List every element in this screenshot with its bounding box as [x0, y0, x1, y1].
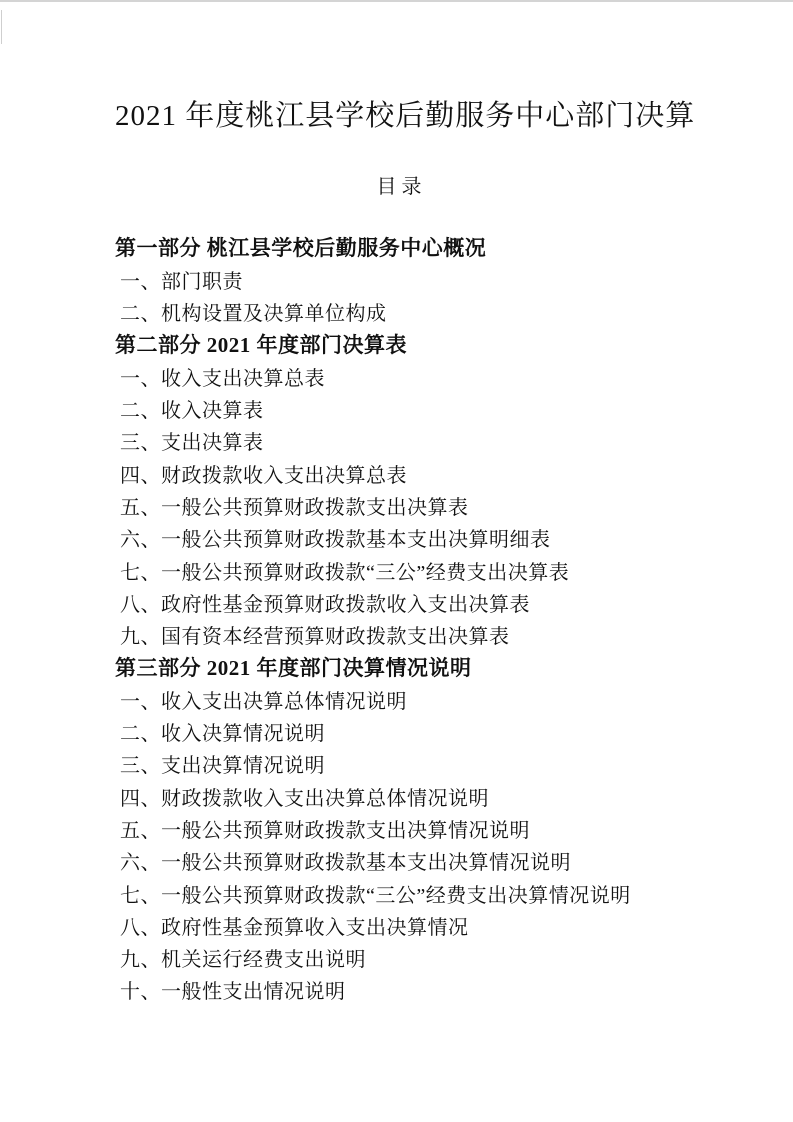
document-page: { "page": { "title": "2021 年度桃江县学校后勤服务中心… [0, 0, 793, 1122]
toc-entry-label: 三、支出决算情况说明 [115, 749, 325, 778]
toc-entry-label: 八、政府性基金预算财政拨款收入支出决算表 [115, 588, 530, 617]
toc-entry: 十、一般性支出情况说明 [115, 974, 683, 1006]
toc-entry-label: 八、政府性基金预算收入支出决算情况 [115, 911, 469, 940]
toc-entry: 九、机关运行经费支出说明 [115, 942, 683, 974]
toc-entry-label: 三、支出决算表 [115, 426, 264, 455]
toc-entry-label: 一、收入支出决算总表 [115, 362, 325, 391]
document-title: 2021 年度桃江县学校后勤服务中心部门决算 [115, 2, 683, 137]
toc-section-heading: 第二部分 2021 年度部门决算表 [115, 328, 683, 360]
toc-entry-label: 二、机构设置及决算单位构成 [115, 297, 387, 326]
toc-section-heading: 第三部分 2021 年度部门决算情况说明 [115, 651, 683, 683]
toc-entry: 二、机构设置及决算单位构成 [115, 296, 683, 328]
toc-entry: 四、财政拨款收入支出决算总体情况说明 [115, 780, 683, 812]
toc-entry: 五、一般公共预算财政拨款支出决算表 [115, 489, 683, 521]
scan-edge-artifact [1, 10, 2, 44]
toc-entry: 三、支出决算情况说明 [115, 748, 683, 780]
toc-entry-label: 七、一般公共预算财政拨款“三公”经费支出决算情况说明 [115, 879, 631, 908]
toc-entry-label: 五、一般公共预算财政拨款支出决算表 [115, 491, 469, 520]
toc-entry: 六、一般公共预算财政拨款基本支出决算情况说明 [115, 845, 683, 877]
toc-entry: 四、财政拨款收入支出决算总表 [115, 457, 683, 489]
toc-entry: 九、国有资本经营预算财政拨款支出决算表 [115, 619, 683, 651]
toc-entry: 八、政府性基金预算收入支出决算情况 [115, 909, 683, 941]
toc-entry-label: 十、一般性支出情况说明 [115, 975, 346, 1004]
toc-entry-label: 四、财政拨款收入支出决算总体情况说明 [115, 782, 489, 811]
toc-entry: 五、一般公共预算财政拨款支出决算情况说明 [115, 812, 683, 844]
toc-entry-label: 九、机关运行经费支出说明 [115, 943, 366, 972]
section-1-heading: 第一部分 桃江县学校后勤服务中心概况 [115, 232, 486, 262]
toc-entry: 三、支出决算表 [115, 425, 683, 457]
toc-entry: 一、部门职责 [115, 263, 683, 295]
table-of-contents: 第一部分 桃江县学校后勤服务中心概况 一、部门职责 二、机构设置及决算单位构成 … [115, 231, 683, 1006]
section-2-heading: 第二部分 2021 年度部门决算表 [115, 329, 407, 359]
toc-section-heading: 第一部分 桃江县学校后勤服务中心概况 [115, 231, 683, 263]
toc-entry-label: 一、部门职责 [115, 265, 243, 294]
toc-entry-label: 六、一般公共预算财政拨款基本支出决算明细表 [115, 523, 551, 552]
page-body: 2021 年度桃江县学校后勤服务中心部门决算 目 录 第一部分 桃江县学校后勤服… [0, 2, 793, 1122]
toc-entry: 七、一般公共预算财政拨款“三公”经费支出决算情况说明 [115, 877, 683, 909]
toc-entry: 一、收入支出决算总体情况说明 [115, 683, 683, 715]
section-3-heading: 第三部分 2021 年度部门决算情况说明 [115, 652, 472, 682]
toc-entry-label: 七、一般公共预算财政拨款“三公”经费支出决算表 [115, 556, 569, 585]
toc-entry: 一、收入支出决算总表 [115, 360, 683, 392]
toc-entry-label: 二、收入决算情况说明 [115, 717, 325, 746]
toc-entry: 七、一般公共预算财政拨款“三公”经费支出决算表 [115, 554, 683, 586]
toc-entry: 二、收入决算表 [115, 392, 683, 424]
toc-entry: 六、一般公共预算财政拨款基本支出决算明细表 [115, 522, 683, 554]
toc-entry: 八、政府性基金预算财政拨款收入支出决算表 [115, 586, 683, 618]
toc-entry-label: 二、收入决算表 [115, 394, 264, 423]
toc-entry-label: 四、财政拨款收入支出决算总表 [115, 459, 407, 488]
toc-entry-label: 五、一般公共预算财政拨款支出决算情况说明 [115, 814, 530, 843]
toc-entry-label: 六、一般公共预算财政拨款基本支出决算情况说明 [115, 846, 571, 875]
toc-entry-label: 一、收入支出决算总体情况说明 [115, 685, 407, 714]
toc-entry-label: 九、国有资本经营预算财政拨款支出决算表 [115, 620, 510, 649]
toc-entry: 二、收入决算情况说明 [115, 715, 683, 747]
toc-title: 目 录 [115, 176, 683, 198]
